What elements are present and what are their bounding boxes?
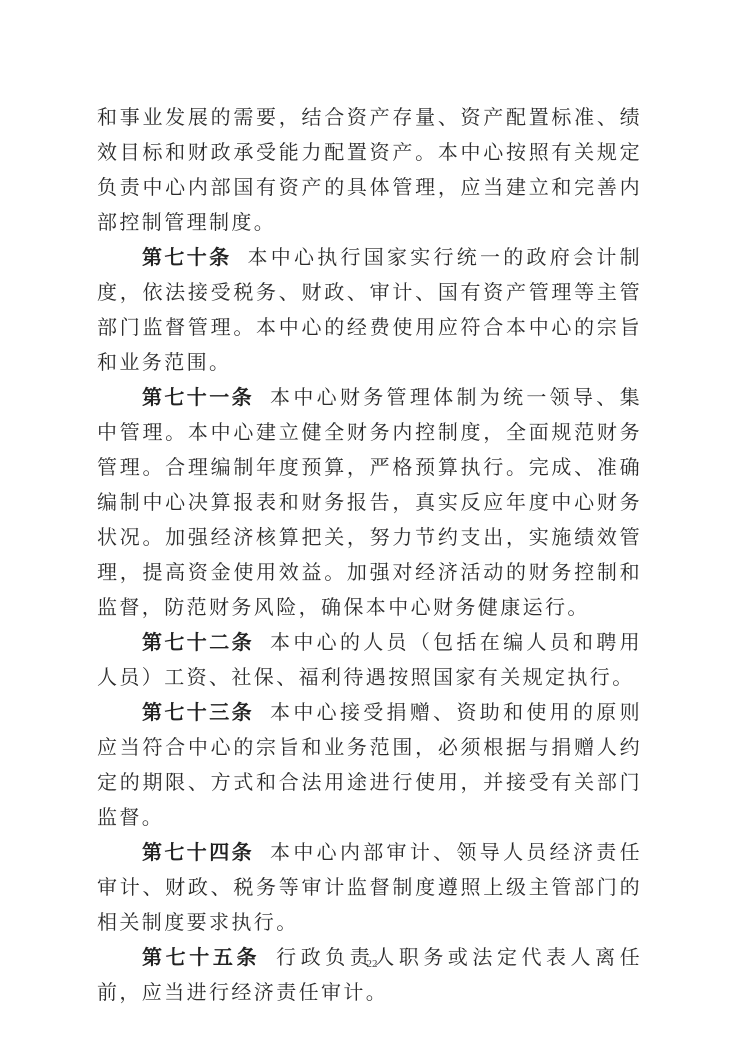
article-74: 第七十四条本中心内部审计、领导人员经济责任审计、财政、税务等审计监督制度遵照上级… [97, 835, 642, 940]
article-number: 第七十三条 [142, 700, 254, 724]
document-page: 和事业发展的需要，结合资产存量、资产配置标准、绩效目标和财政承受能力配置资产。本… [0, 0, 744, 1052]
article-72: 第七十二条本中心的人员（包括在编人员和聘用人员）工资、社保、福利待遇按照国家有关… [97, 625, 642, 695]
article-71: 第七十一条本中心财务管理体制为统一领导、集中管理。本中心建立健全财务内控制度，全… [97, 380, 642, 625]
article-number: 第七十二条 [142, 630, 254, 654]
page-body: 和事业发展的需要，结合资产存量、资产配置标准、绩效目标和财政承受能力配置资产。本… [97, 100, 642, 1010]
article-73: 第七十三条本中心接受捐赠、资助和使用的原则应当符合中心的宗旨和业务范围，必须根据… [97, 695, 642, 835]
continuation-paragraph: 和事业发展的需要，结合资产存量、资产配置标准、绩效目标和财政承受能力配置资产。本… [97, 100, 642, 240]
article-number: 第七十条 [142, 245, 231, 269]
article-number: 第七十一条 [142, 385, 254, 409]
article-text: 本中心财务管理体制为统一领导、集中管理。本中心建立健全财务内控制度，全面规范财务… [97, 385, 642, 619]
page-number: 22 [0, 958, 744, 970]
article-75: 第七十五条行政负责人职务或法定代表人离任前，应当进行经济责任审计。 [97, 940, 642, 1010]
article-70: 第七十条本中心执行国家实行统一的政府会计制度，依法接受税务、财政、审计、国有资产… [97, 240, 642, 380]
article-number: 第七十四条 [142, 840, 254, 864]
